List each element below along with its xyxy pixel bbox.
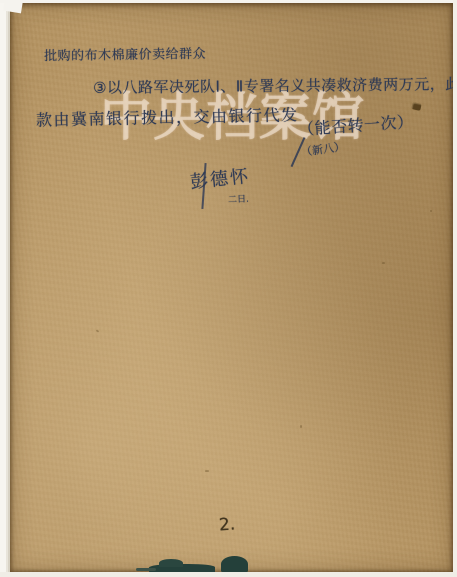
- paper-speck: [430, 210, 432, 212]
- page-number: 2.: [218, 514, 236, 535]
- scan-margin-top: [0, 0, 457, 3]
- paper-speck: [205, 470, 209, 472]
- scan-margin-left: [0, 0, 10, 577]
- bottom-ink-smear: [136, 568, 156, 571]
- handwritten-date: 二日.: [228, 192, 249, 206]
- bottom-ink-stain-right: [221, 556, 248, 572]
- scan-margin-bottom: [0, 572, 457, 577]
- paper-speck: [382, 262, 385, 264]
- scan-margin-right: [453, 0, 457, 577]
- bottom-ink-stain-left-bump: [159, 559, 183, 567]
- handwritten-line-2: ③以八路军决死队Ⅰ、Ⅱ专署名义共凑救济费两万元，此: [93, 73, 457, 98]
- paper-speck: [300, 425, 302, 428]
- handwritten-line-1: 批购的布木棉廉价卖给群众: [44, 43, 206, 64]
- scanned-document-page: 中央档案馆 批购的布木棉廉价卖给群众 ③以八路军决死队Ⅰ、Ⅱ专署名义共凑救济费两…: [0, 0, 457, 577]
